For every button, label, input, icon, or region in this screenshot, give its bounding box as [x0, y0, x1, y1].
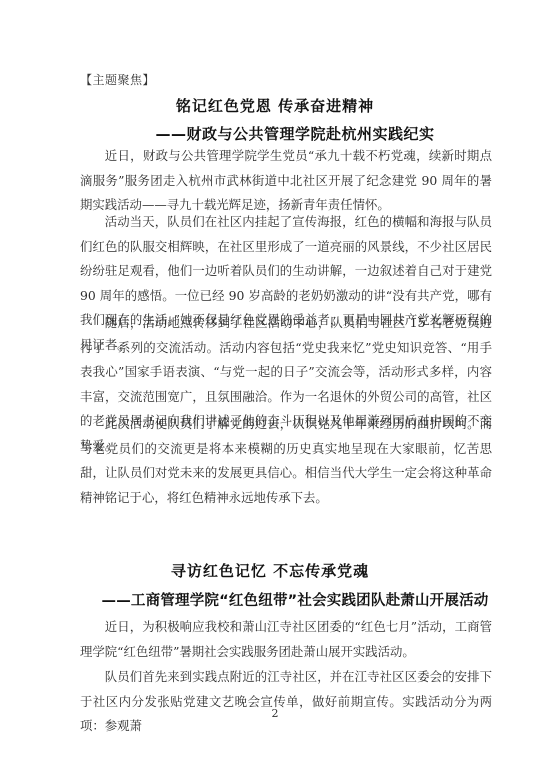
article1-subtitle: ——财政与公共管理学院赴杭州实践纪实 — [20, 123, 550, 144]
article1-paragraph-1: 近日，财政与公共管理学院学生党员“承九十载不朽党魂，续新时期点滴服务”服务团走入… — [80, 144, 492, 218]
article2-paragraph-1: 近日，为积极响应我校和萧山江寺社区团委的“红色七月”活动，工商管理学院“红色纽带… — [80, 615, 492, 664]
document-page: 【主题聚焦】 铭记红色党恩 传承奋进精神 ——财政与公共管理学院赴杭州实践纪实 … — [0, 0, 550, 776]
article1-paragraph-4: 此次活动使队员们了解党的过去，认识党九十年来经历的曲折坎坷。而与老党员们的交流更… — [80, 412, 492, 510]
article2-subtitle: ——工商管理学院“红色纽带”社会实践团队赴萧山开展活动 — [20, 589, 550, 610]
article1-title: 铭记红色党恩 传承奋进精神 — [0, 95, 550, 116]
page-number: 2 — [0, 707, 550, 720]
article2-paragraph-2: 队员们首先来到实践点附近的江寺社区，并在江寺社区区委会的安排下于社区内分发张贴党… — [80, 665, 492, 739]
article2-title: 寻访红色记忆 不忘传承党魂 — [0, 560, 545, 581]
section-tag: 【主题聚焦】 — [80, 71, 155, 88]
